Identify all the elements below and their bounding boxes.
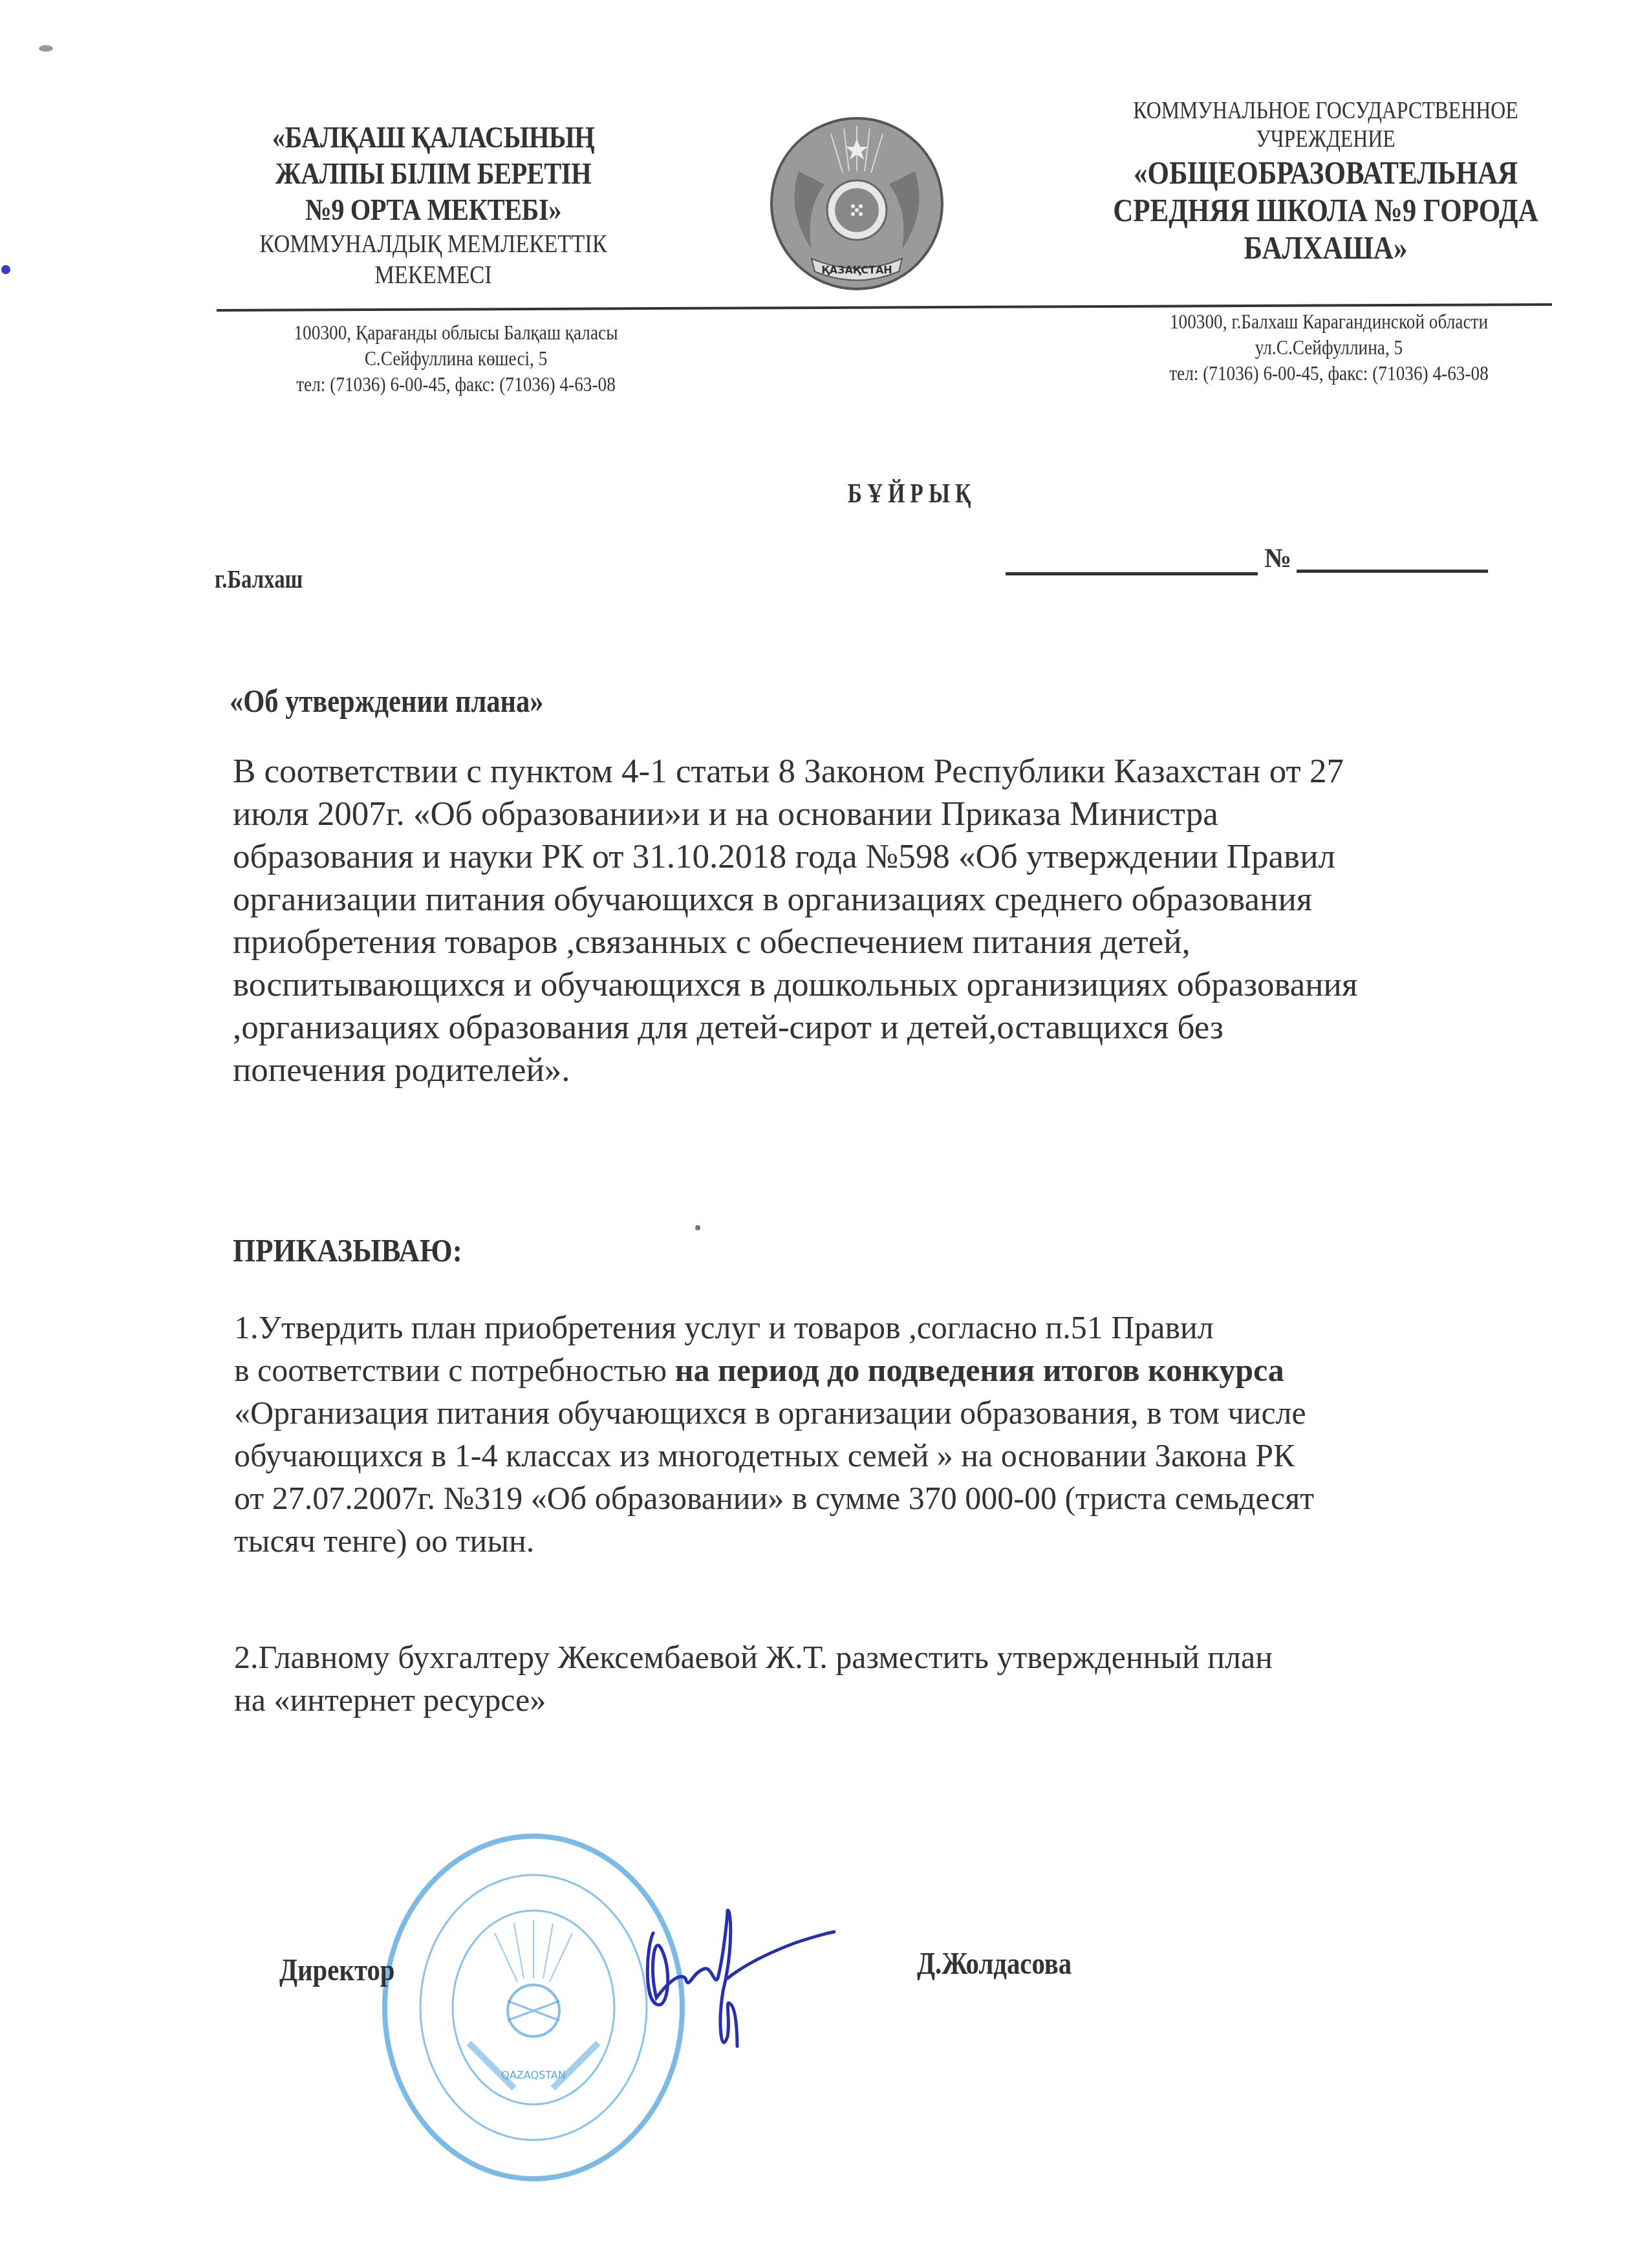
preamble-line: воспитывающихся и обучающихся в дошкольн…	[233, 963, 1481, 1006]
header-ru-line: БАЛХАША»	[1092, 229, 1559, 266]
item-bold-text: на период до подведения итогов конкурса	[675, 1352, 1284, 1388]
header-ru-line: УЧРЕЖДЕНИЕ	[1092, 125, 1559, 154]
header-ru-line: «ОБЩЕОБРАЗОВАТЕЛЬНАЯ	[1092, 154, 1559, 191]
preamble-line: попечения родителей».	[233, 1049, 1481, 1091]
item-line: 2.Главному бухгалтеру Жексембаевой Ж.Т. …	[234, 1636, 1534, 1678]
header-kz-line: МЕКЕМЕСІ	[233, 259, 633, 290]
header-kazakh-name: «БАЛҚАШ ҚАЛАСЫНЫҢ ЖАЛПЫ БІЛІМ БЕРЕТІН №9…	[200, 120, 666, 290]
document-type-title: БҰЙРЫҚ	[782, 478, 1041, 509]
header-kz-line: КОММУНАЛДЫҚ МЕМЛЕКЕТТІК	[233, 228, 633, 259]
svg-text:QAZAQSTAN: QAZAQSTAN	[501, 2069, 565, 2081]
preamble-line: июля 2007г. «Об образовании»и и на основ…	[233, 793, 1481, 835]
item-line: обучающихся в 1-4 классах из многодетных…	[234, 1434, 1534, 1477]
address-line: тел: (71036) 6-00-45, факс: (71036) 4-63…	[242, 372, 669, 398]
signatory-name: Д.Жолдасова	[917, 1946, 1072, 1982]
order-item-1: 1.Утвердить план приобретения услуг и то…	[234, 1306, 1534, 1562]
order-heading: ПРИКАЗЫВАЮ:	[233, 1232, 462, 1269]
address-line: 100300, г.Балхаш Карагандинской области	[1093, 309, 1565, 335]
header-kz-line: ЖАЛПЫ БІЛІМ БЕРЕТІН	[233, 156, 633, 192]
header-kz-line: «БАЛҚАШ ҚАЛАСЫНЫҢ	[233, 120, 633, 156]
item-text: в соответствии с потребностью	[234, 1352, 675, 1388]
preamble-line: В соответствии с пунктом 4-1 статьи 8 За…	[233, 750, 1481, 793]
preamble-line: образования и науки РК от 31.10.2018 год…	[233, 835, 1481, 878]
header-russian-name: КОММУНАЛЬНОЕ ГОСУДАРСТВЕННОЕ УЧРЕЖДЕНИЕ …	[1054, 97, 1597, 266]
address-line: 100300, Қарағанды облысы Балқаш қаласы	[242, 320, 669, 346]
svg-text:ҚАЗАҚСТАН: ҚАЗАҚСТАН	[821, 264, 892, 276]
address-russian: 100300, г.Балхаш Карагандинской области …	[1093, 309, 1565, 387]
scan-speck	[1, 265, 10, 274]
number-sign: №	[1264, 543, 1291, 574]
preamble-line: приобретения товаров ,связанных с обеспе…	[233, 921, 1481, 963]
preamble-line: организации питания обучающихся в органи…	[233, 878, 1481, 921]
order-item-2: 2.Главному бухгалтеру Жексембаевой Ж.Т. …	[234, 1636, 1534, 1721]
date-blank-line	[1006, 572, 1258, 575]
item-line: от 27.07.2007г. №319 «Об образовании» в …	[234, 1477, 1534, 1519]
item-line: в соответствии с потребностью на период …	[234, 1349, 1534, 1391]
item-line: на «интернет ресурсе»	[234, 1678, 1534, 1721]
document-number-field: №	[1006, 540, 1497, 579]
scan-speck	[39, 45, 53, 52]
document-city: г.Балхаш	[215, 564, 303, 594]
scan-speck	[695, 1225, 700, 1230]
signatory-position: Директор	[279, 1952, 394, 1988]
header-kz-line: №9 ОРТА МЕКТЕБІ»	[233, 192, 633, 228]
item-line: «Организация питания обучающихся в орган…	[234, 1391, 1534, 1434]
document-subject: «Об утверждении плана»	[230, 682, 544, 720]
address-kazakh: 100300, Қарағанды облысы Балқаш қаласы С…	[242, 320, 669, 398]
address-line: ул.С.Сейфуллина, 5	[1093, 335, 1565, 361]
number-blank-line	[1297, 570, 1488, 573]
preamble-paragraph: В соответствии с пунктом 4-1 статьи 8 За…	[233, 750, 1481, 1091]
address-line: тел: (71036) 6-00-45, факс: (71036) 4-63…	[1093, 361, 1565, 387]
header-ru-line: СРЕДНЯЯ ШКОЛА №9 ГОРОДА	[1092, 191, 1559, 229]
header-ru-line: КОММУНАЛЬНОЕ ГОСУДАРСТВЕННОЕ	[1092, 97, 1559, 125]
item-line: 1.Утвердить план приобретения услуг и то…	[234, 1306, 1534, 1349]
state-emblem-icon: ҚАЗАҚСТАН	[766, 113, 947, 294]
address-line: С.Сейфуллина көшесі, 5	[242, 346, 669, 372]
preamble-line: ,организациях образования для детей-сиро…	[233, 1006, 1481, 1049]
signature-scribble	[640, 1907, 847, 2056]
item-line: тысяч тенге) оо тиын.	[234, 1519, 1534, 1562]
